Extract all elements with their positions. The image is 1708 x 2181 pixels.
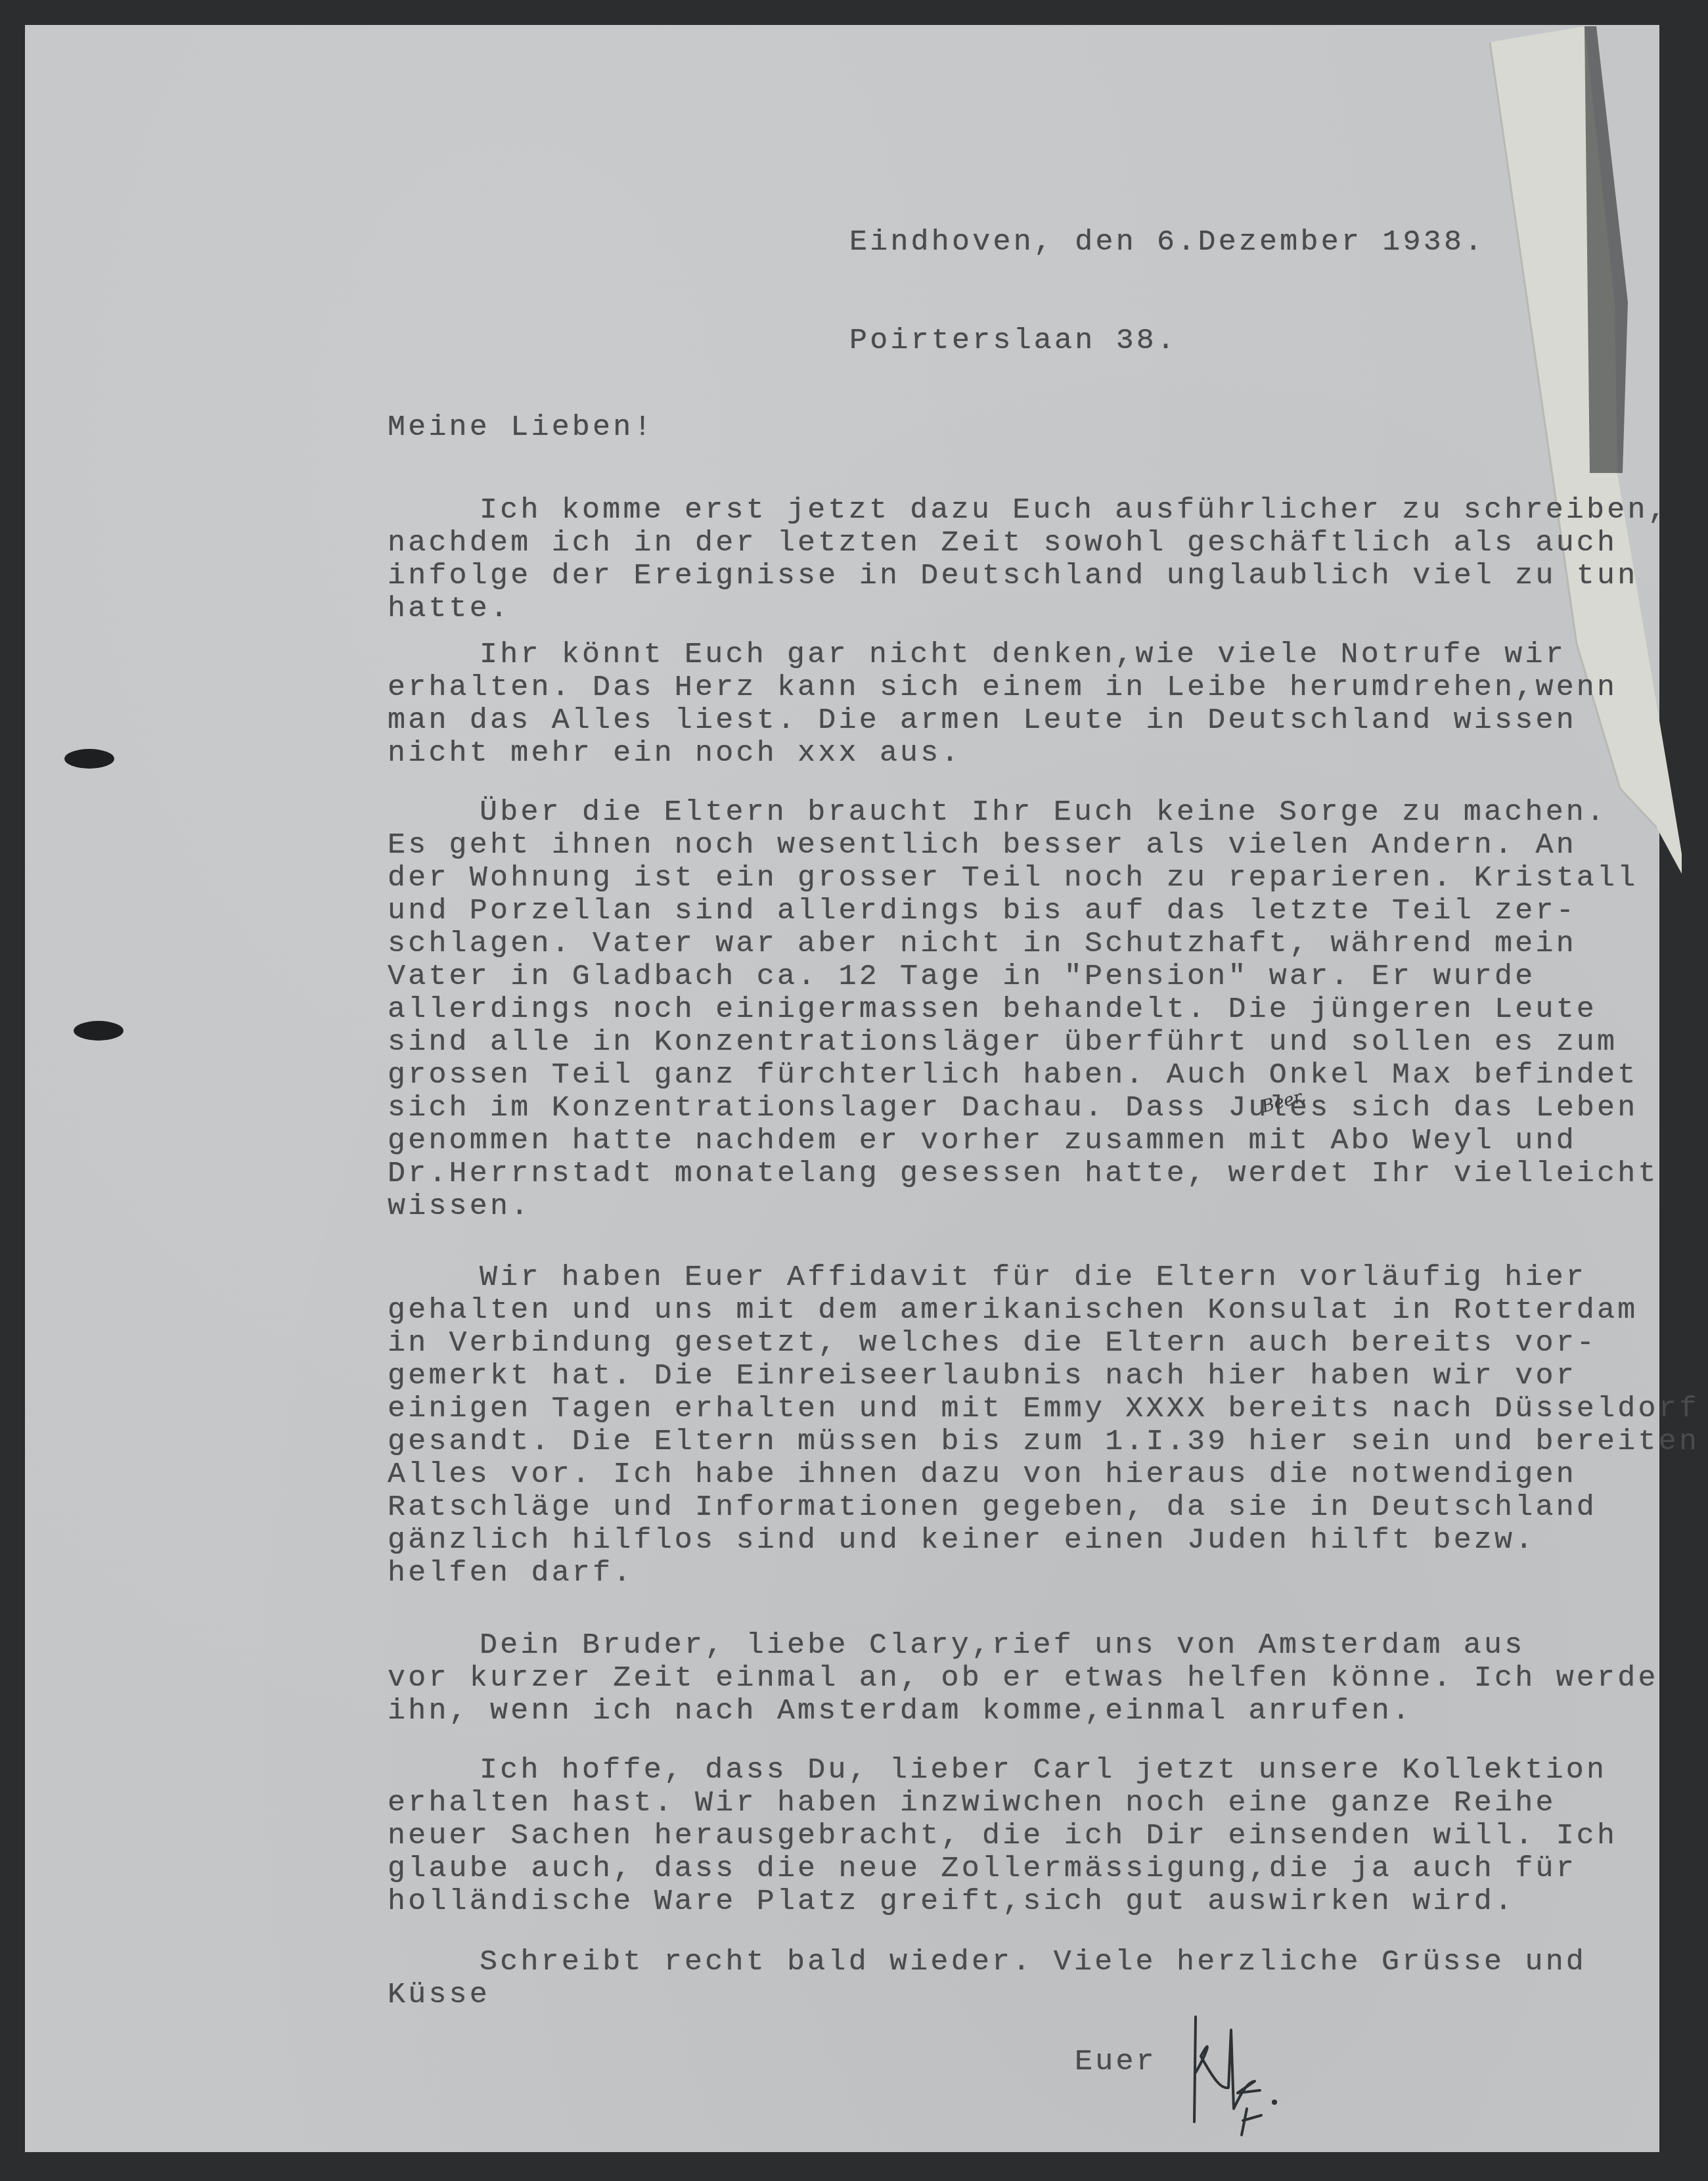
text-line: einigen Tagen erhalten und mit Emmy XXXX…	[388, 1393, 1699, 1426]
paragraph-7: Schreibt recht bald wieder. Viele herzli…	[388, 1946, 1586, 2012]
paragraph-4: Wir haben Euer Affidavit für die Eltern …	[388, 1261, 1699, 1590]
text-line: Ihr könnt Euch gar nicht denken,wie viel…	[388, 639, 1617, 671]
paragraph-3: Über die Eltern braucht Ihr Euch keine S…	[388, 796, 1659, 1223]
punch-hole-top	[64, 749, 114, 769]
letter-header: Eindhoven, den 6.Dezember 1938. Poirters…	[849, 160, 1485, 390]
text-line: gemerkt hat. Die Einreiseerlaubnis nach …	[388, 1360, 1699, 1393]
text-line: allerdings noch einigermassen behandelt.…	[388, 993, 1659, 1026]
text-line: erhalten hast. Wir haben inzwiwchen noch…	[388, 1787, 1617, 1820]
text-line: nachdem ich in der letzten Zeit sowohl g…	[388, 527, 1669, 560]
text-line: Vater in Gladbach ca. 12 Tage in "Pensio…	[388, 960, 1659, 993]
text-line: hatte.	[388, 593, 1669, 625]
text-line: vor kurzer Zeit einmal an, ob er etwas h…	[388, 1662, 1659, 1695]
text-line: holländische Ware Platz greift,sich gut …	[388, 1885, 1617, 1918]
text-line: Alles vor. Ich habe ihnen dazu von hiera…	[388, 1458, 1699, 1491]
address: Poirterslaan 38.	[849, 325, 1485, 357]
text-line: grossen Teil ganz fürchterlich haben. Au…	[388, 1059, 1659, 1092]
text-line: Ich hoffe, dass Du, lieber Carl jetzt un…	[388, 1754, 1617, 1787]
text-line: gehalten und uns mit dem amerikanischen …	[388, 1294, 1699, 1327]
salutation: Meine Lieben!	[388, 411, 654, 444]
text-line: Wir haben Euer Affidavit für die Eltern …	[388, 1261, 1699, 1294]
text-line: glaube auch, dass die neue Zollermässigu…	[388, 1853, 1617, 1885]
text-line: Es geht ihnen noch wesentlich besser als…	[388, 829, 1659, 862]
paragraph-5: Dein Bruder, liebe Clary,rief uns von Am…	[388, 1629, 1659, 1728]
text-line: gesandt. Die Eltern müssen bis zum 1.I.3…	[388, 1426, 1699, 1458]
text-line: Ich komme erst jetzt dazu Euch ausführli…	[388, 494, 1669, 527]
text-line: infolge der Ereignisse in Deutschland un…	[388, 560, 1669, 593]
text-line: sind alle in Konzentrationsläger überfüh…	[388, 1026, 1659, 1059]
paragraph-1: Ich komme erst jetzt dazu Euch ausführli…	[388, 494, 1669, 625]
text-line: Über die Eltern braucht Ihr Euch keine S…	[388, 796, 1659, 829]
text-line: neuer Sachen herausgebracht, die ich Dir…	[388, 1820, 1617, 1853]
paragraph-6: Ich hoffe, dass Du, lieber Carl jetzt un…	[388, 1754, 1617, 1918]
text-line: in Verbindung gesetzt, welches die Elter…	[388, 1327, 1699, 1360]
text-line: und Porzellan sind allerdings bis auf da…	[388, 895, 1659, 928]
text-line: man das Alles liest. Die armen Leute in …	[388, 704, 1617, 737]
text-line: Schreibt recht bald wieder. Viele herzli…	[388, 1946, 1586, 1979]
text-line: schlagen. Vater war aber nicht in Schutz…	[388, 928, 1659, 960]
text-line: Ratschläge und Informationen gegeben, da…	[388, 1491, 1699, 1524]
text-line: helfen darf.	[388, 1557, 1699, 1590]
text-line: nicht mehr ein noch xxx aus.	[388, 737, 1617, 770]
text-line: Küsse	[388, 1979, 1586, 2012]
closing: Euer	[1075, 2046, 1157, 2079]
paragraph-2: Ihr könnt Euch gar nicht denken,wie viel…	[388, 639, 1617, 770]
text-line: gänzlich hilflos sind und keiner einen J…	[388, 1524, 1699, 1557]
punch-hole-bottom	[74, 1021, 124, 1041]
handwritten-signature	[1182, 2010, 1301, 2142]
text-line: wissen.	[388, 1190, 1659, 1223]
text-line: ihn, wenn ich nach Amsterdam komme,einma…	[388, 1695, 1659, 1728]
text-line: Dr.Herrnstadt monatelang gesessen hatte,…	[388, 1158, 1659, 1190]
place-date: Eindhoven, den 6.Dezember 1938.	[849, 226, 1485, 259]
text-line: der Wohnung ist ein grosser Teil noch zu…	[388, 862, 1659, 895]
text-line: genommen hatte nachdem er vorher zusamme…	[388, 1125, 1659, 1158]
text-line: sich im Konzentrationslager Dachau. Dass…	[388, 1092, 1659, 1125]
text-line: Dein Bruder, liebe Clary,rief uns von Am…	[388, 1629, 1659, 1662]
text-line: erhalten. Das Herz kann sich einem in Le…	[388, 671, 1617, 704]
